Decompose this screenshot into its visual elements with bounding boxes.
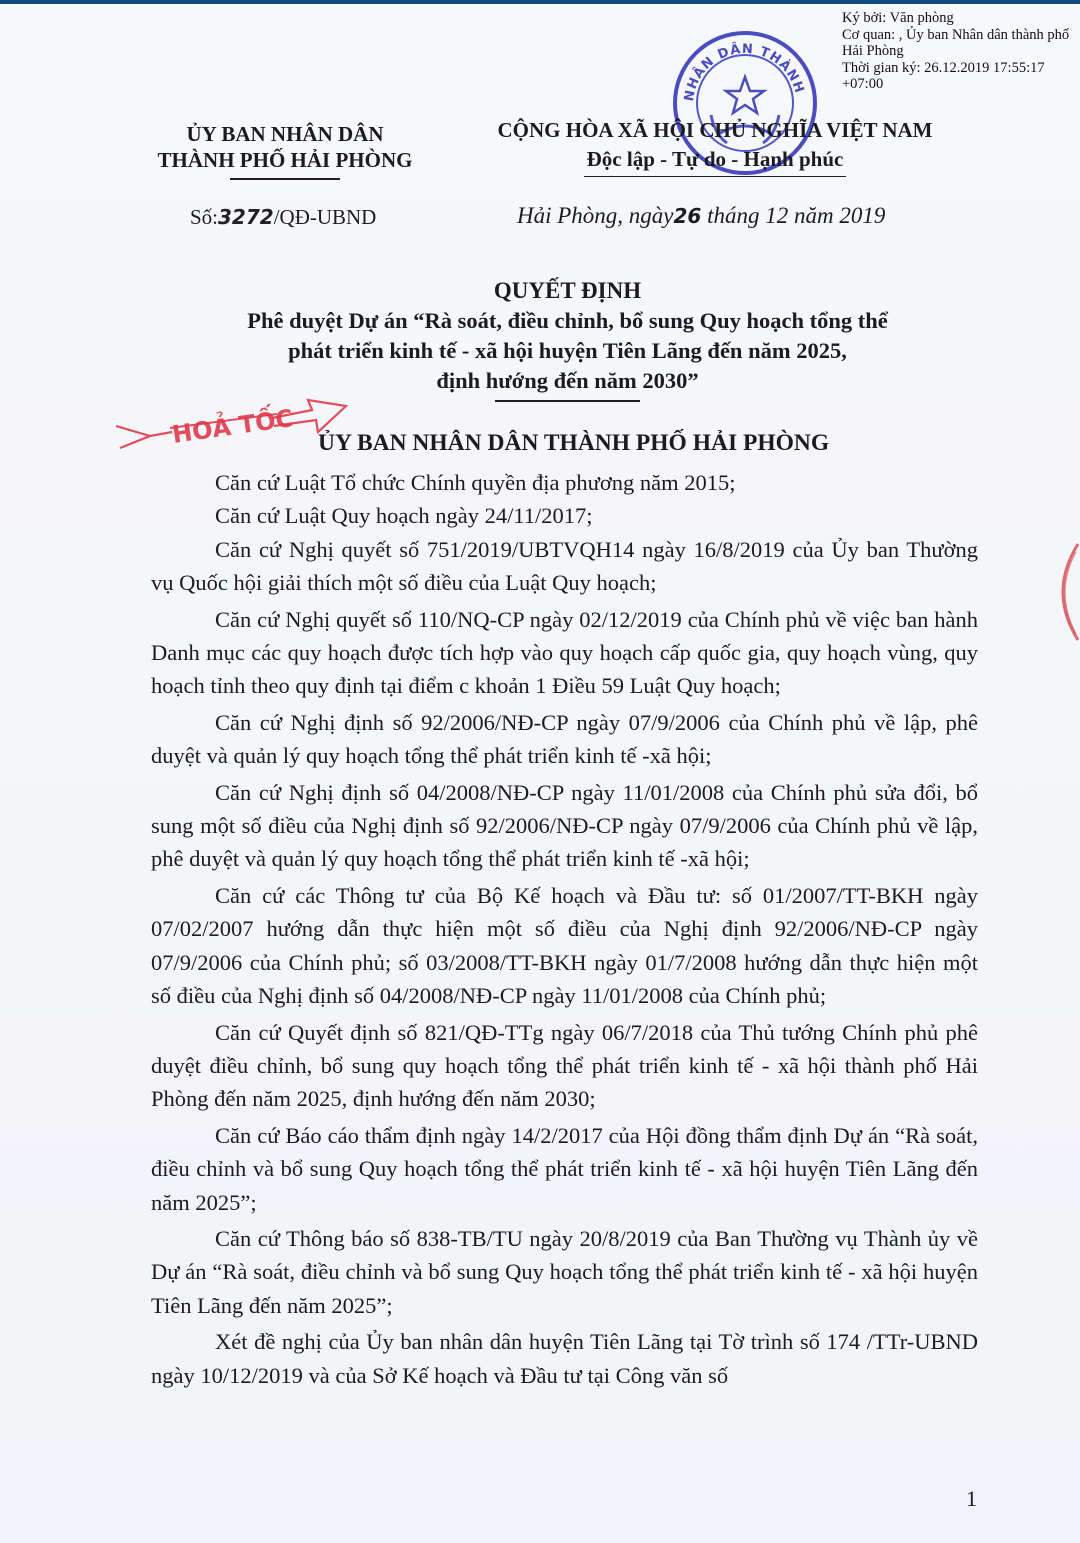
signature-time: Thời gian ký: 26.12.2019 17:55:17 +07:00 — [842, 60, 1078, 93]
urgent-stamp-icon: HOẢ TỐC — [112, 384, 352, 454]
national-motto: Độc lập - Tự do - Hạnh phúc — [584, 145, 847, 177]
digital-signature-block: Ký bởi: Văn phòng Cơ quan: , Ủy ban Nhân… — [842, 10, 1078, 93]
paragraph-1: Căn cứ Luật Tổ chức Chính quyền địa phươ… — [151, 466, 978, 499]
issuer-header: ỦY BAN NHÂN DÂN THÀNH PHỐ HẢI PHÒNG — [140, 121, 430, 180]
document-body: Căn cứ Luật Tổ chức Chính quyền địa phươ… — [151, 466, 978, 1392]
paragraph-2: Căn cứ Luật Quy hoạch ngày 24/11/2017; — [151, 499, 978, 532]
issuer-line-2: THÀNH PHỐ HẢI PHÒNG — [140, 147, 430, 173]
signature-signer: Ký bởi: Văn phòng — [842, 10, 1078, 27]
page-edge-seal-icon — [1040, 540, 1080, 645]
paragraph-8: Căn cứ Quyết định số 821/QĐ-TTg ngày 06/… — [151, 1016, 978, 1116]
paragraph-3: Căn cứ Nghị quyết số 751/2019/UBTVQH14 n… — [151, 533, 978, 600]
paragraph-4: Căn cứ Nghị quyết số 110/NQ-CP ngày 02/1… — [151, 603, 978, 703]
document-number: Số:3272/QĐ-UBND — [190, 205, 376, 230]
page-number: 1 — [966, 1486, 977, 1512]
paragraph-7: Căn cứ các Thông tư của Bộ Kế hoạch và Đ… — [151, 879, 978, 1013]
title-underline — [495, 400, 640, 402]
paragraph-5: Căn cứ Nghị định số 92/2006/NĐ-CP ngày 0… — [151, 706, 978, 773]
issuer-underline — [230, 178, 340, 180]
issuer-line-1: ỦY BAN NHÂN DÂN — [140, 121, 430, 147]
handwritten-day: 26 — [674, 204, 702, 228]
issuing-authority-heading: ỦY BAN NHÂN DÂN THÀNH PHỐ HẢI PHÒNG — [318, 430, 829, 457]
paragraph-11: Xét đề nghị của Ủy ban nhân dân huyện Ti… — [151, 1325, 978, 1392]
title-heading: QUYẾT ĐỊNH — [150, 276, 985, 306]
title-line-2: phát triển kinh tế - xã hội huyện Tiên L… — [150, 336, 985, 366]
paragraph-9: Căn cứ Báo cáo thẩm định ngày 14/2/2017 … — [151, 1119, 978, 1219]
document-date: Hải Phòng, ngày26 tháng 12 năm 2019 — [517, 203, 885, 229]
nation-name: CỘNG HÒA XÃ HỘI CHỦ NGHĨA VIỆT NAM — [470, 116, 960, 145]
decision-title: QUYẾT ĐỊNH Phê duyệt Dự án “Rà soát, điề… — [150, 276, 985, 402]
title-line-1: Phê duyệt Dự án “Rà soát, điều chỉnh, bổ… — [150, 306, 985, 336]
signature-agency: Cơ quan: , Ủy ban Nhân dân thành phố Hải… — [842, 27, 1078, 60]
paragraph-10: Căn cứ Thông báo số 838-TB/TU ngày 20/8/… — [151, 1222, 978, 1322]
national-header: CỘNG HÒA XÃ HỘI CHỦ NGHĨA VIỆT NAM Độc l… — [470, 116, 960, 177]
paragraph-6: Căn cứ Nghị định số 04/2008/NĐ-CP ngày 1… — [151, 776, 978, 876]
svg-text:HOẢ TỐC: HOẢ TỐC — [170, 399, 295, 449]
handwritten-number: 3272 — [218, 205, 274, 229]
